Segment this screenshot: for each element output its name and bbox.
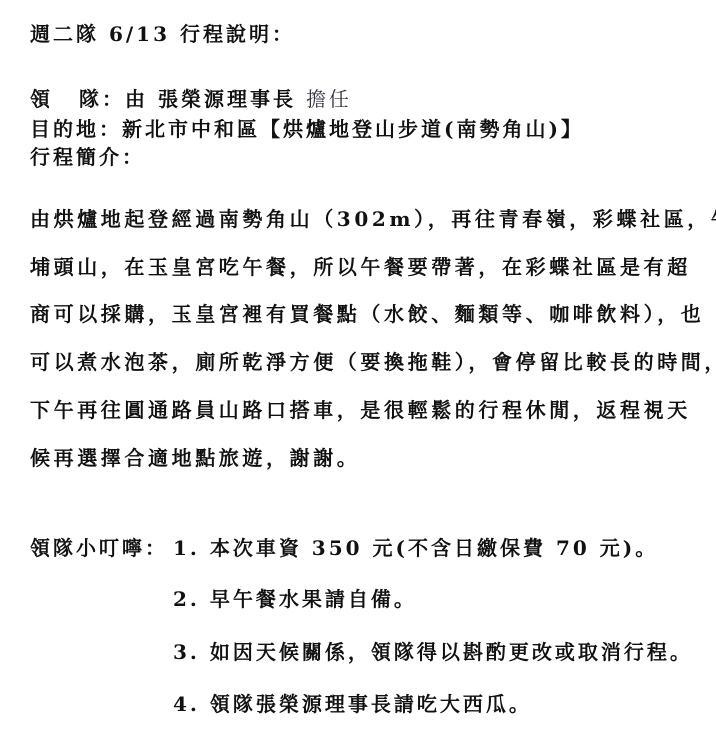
intro-label: 行程簡介： — [30, 141, 145, 170]
leader-label: 領隊： — [30, 87, 125, 111]
paragraph-line: 可以煮水泡茶，廁所乾淨方便（要換拖鞋），會停留比較長的時間， — [30, 346, 716, 375]
paragraph-line: 由烘爐地起登經過南勢角山（302m），再往青春嶺，彩蝶社區，牛 — [30, 203, 716, 232]
leader-line: 領隊：由 張榮源理事長 擔任 — [30, 83, 352, 112]
leader-value: 由 張榮源理事長 — [125, 87, 296, 111]
document-title: 週二隊 6/13 行程說明： — [30, 18, 295, 47]
leader-value-suffix: 擔任 — [306, 87, 352, 111]
destination-value: 新北市中和區【烘爐地登山步道(南勢角山)】 — [122, 117, 584, 141]
note-item: 3. 如因天候關係，領隊得以斟酌更改或取消行程。 — [173, 636, 693, 665]
paragraph-line: 埔頭山，在玉皇宮吃午餐，所以午餐要帶著，在彩蝶社區是有超 — [30, 251, 691, 280]
notes-label: 領隊小叮嚀： — [30, 532, 168, 561]
leader-label-second: 隊： — [79, 87, 125, 111]
note-item: 4. 領隊張榮源理事長請吃大西瓜。 — [173, 688, 532, 717]
note-item: 1. 本次車資 350 元(不含日繳保費 70 元)。 — [173, 532, 658, 561]
paragraph-line: 商可以採購，玉皇宮裡有買餐點（水餃、麵類等、咖啡飲料），也 — [30, 298, 704, 327]
paragraph-line: 候再選擇合適地點旅遊，謝謝。 — [30, 442, 360, 471]
destination-label: 目的地： — [30, 117, 122, 141]
leader-label-first: 領 — [30, 87, 53, 111]
paragraph-line: 下午再往圓通路員山路口搭車，是很輕鬆的行程休閒，返程視天 — [30, 394, 691, 423]
note-item: 2. 早午餐水果請自備。 — [173, 583, 417, 612]
destination-line: 目的地：新北市中和區【烘爐地登山步道(南勢角山)】 — [30, 113, 584, 142]
